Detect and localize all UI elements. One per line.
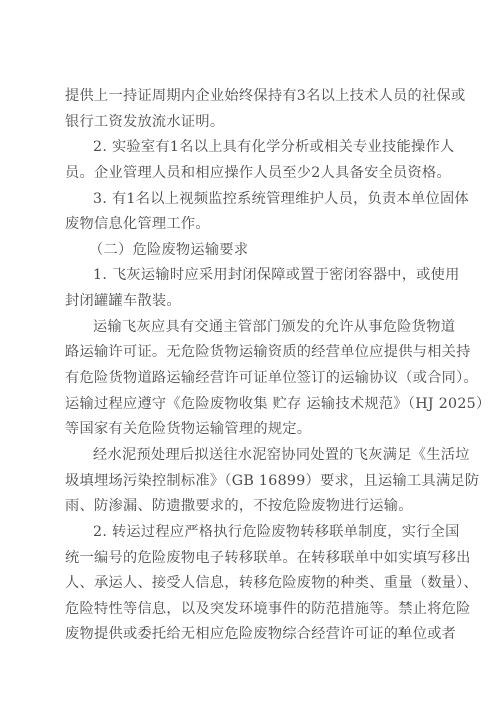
text-line: 雨、防渗漏、防遗撒要求的，不按危险废物进行运输。 bbox=[65, 494, 432, 520]
text-line: 废物信息化管理工作。 bbox=[65, 212, 432, 238]
text-line: 2. 转运过程应严格执行危险废物转移联单制度，实行全国 bbox=[65, 520, 432, 546]
text-line: 员。企业管理人员和相应操作人员至少2人具备安全员资格。 bbox=[65, 161, 432, 187]
text-line: 提供上一持证周期内企业始终保持有3名以上技术人员的社保或 bbox=[65, 84, 432, 110]
text-line: 银行工资发放流水证明。 bbox=[65, 110, 432, 136]
text-line: 废物提供或委托给无相应危险废物综合经营许可证的单位或者 bbox=[65, 622, 432, 648]
text-line: 路运输许可证。无危险货物运输资质的经营单位应提供与相关持 bbox=[65, 340, 432, 366]
text-line: 危险特性等信息，以及突发环境事件的防范措施等。禁止将危险 bbox=[65, 597, 432, 623]
text-line: 统一编号的危险废物电子转移联单。在转移联单中如实填写移出 bbox=[65, 546, 432, 572]
text-line: 运输飞灰应具有交通主管部门颁发的允许从事危险货物道 bbox=[65, 315, 432, 341]
text-line: 人、承运人、接受人信息，转移危险废物的种类、重量（数量）、 bbox=[65, 571, 432, 597]
text-line: 2. 实验室有1名以上具有化学分析或相关专业技能操作人 bbox=[65, 135, 432, 161]
text-line: 有危险货物道路运输经营许可证单位签订的运输协议（或合同）。 bbox=[65, 366, 432, 392]
text-line: 封闭罐罐车散装。 bbox=[65, 289, 432, 315]
text-line: 等国家有关危险货物运输管理的规定。 bbox=[65, 417, 432, 443]
text-line: 经水泥预处理后拟送往水泥窑协同处置的飞灰满足《生活垃 bbox=[65, 443, 432, 469]
text-line: 圾填埋场污染控制标准》（GB 16899）要求，且运输工具满足防 bbox=[65, 469, 432, 495]
section-heading: （二）危险废物运输要求 bbox=[65, 238, 432, 264]
page-number: 3 bbox=[398, 624, 404, 639]
text-line: 1. 飞灰运输时应采用封闭保障或置于密闭容器中，或使用 bbox=[65, 263, 432, 289]
text-line: 3. 有1名以上视频监控系统管理维护人员，负责本单位固体 bbox=[65, 187, 432, 213]
document-body: 提供上一持证周期内企业始终保持有3名以上技术人员的社保或 银行工资发放流水证明。… bbox=[65, 84, 432, 648]
text-line: 运输过程应遵守《危险废物收集 贮存 运输技术规范》（HJ 2025） bbox=[65, 392, 432, 418]
